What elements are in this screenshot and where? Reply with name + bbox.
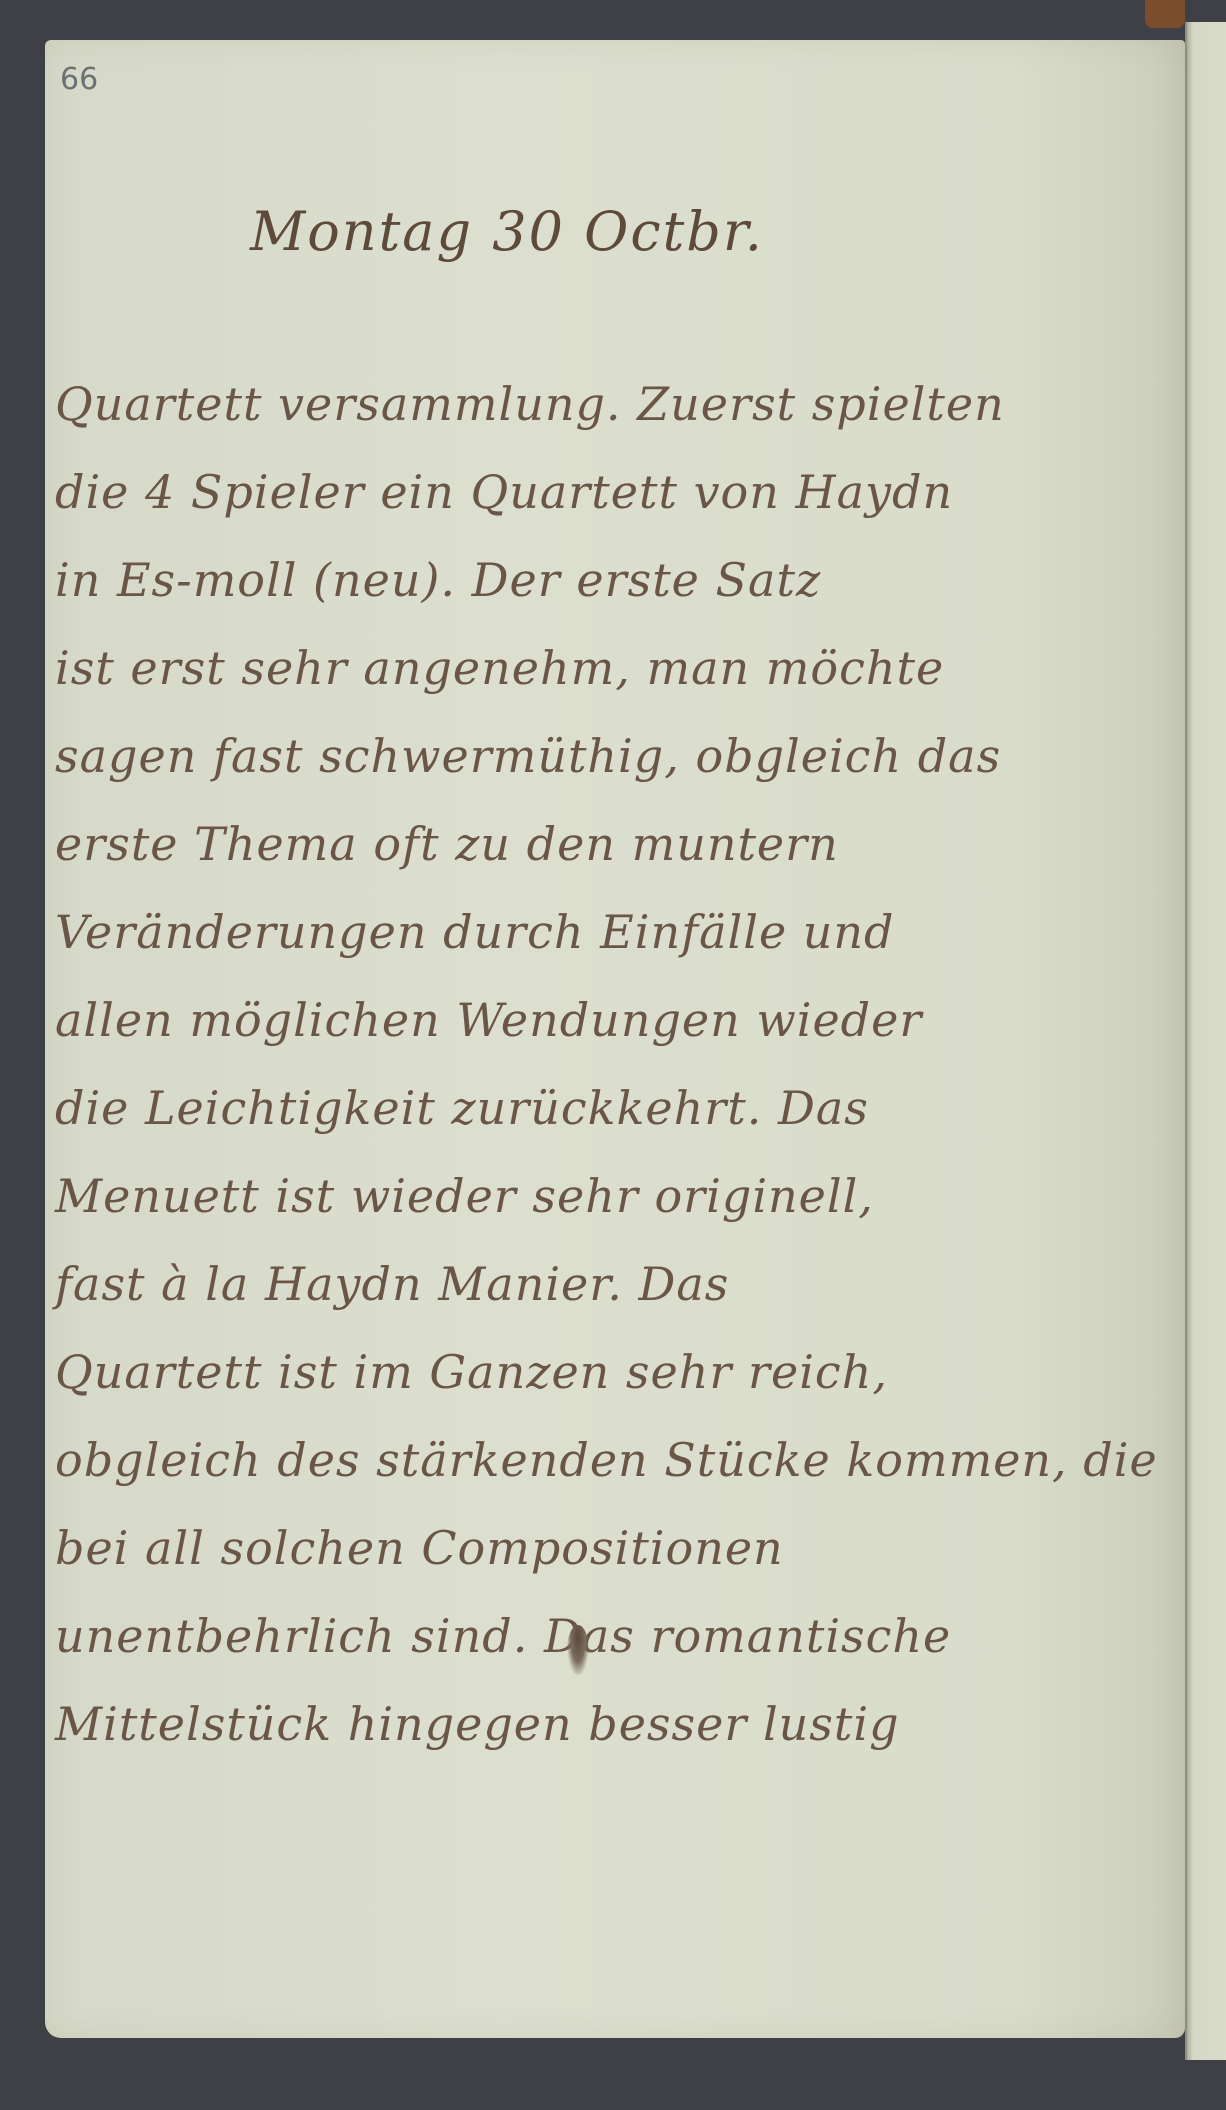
text-line: fast à la Haydn Manier. Das (55, 1240, 1055, 1328)
text-line: Menuett ist wieder sehr originell, (55, 1152, 1055, 1240)
text-line: allen möglichen Wendungen wieder (55, 976, 1055, 1064)
text-line: sagen fast schwermüthig, obgleich das (55, 712, 1055, 800)
text-line: Veränderungen durch Einfälle und (55, 888, 1055, 976)
text-line: die Leichtigkeit zurückkehrt. Das (55, 1064, 1055, 1152)
text-line: die 4 Spieler ein Quartett von Haydn (55, 448, 1055, 536)
text-line: bei all solchen Compositionen (55, 1504, 1055, 1592)
ink-blot (567, 1625, 589, 1675)
text-line: Quartett ist im Ganzen sehr reich, (55, 1328, 1055, 1416)
folio-number: 66 (60, 62, 98, 97)
text-line: Quartett versammlung. Zuerst spielten (55, 360, 1055, 448)
manuscript-text: Quartett versammlung. Zuerst spielten di… (55, 360, 1055, 1768)
text-line: unentbehrlich sind. Das romantische (55, 1592, 1055, 1680)
entry-date-heading: Montag 30 Octbr. (250, 200, 764, 263)
text-line: ist erst sehr angenehm, man möchte (55, 624, 1055, 712)
text-line: obgleich des stärkenden Stücke kommen, d… (55, 1416, 1055, 1504)
binding-tab (1145, 0, 1185, 28)
facing-page-edge (1185, 22, 1226, 2060)
text-line: erste Thema oft zu den muntern (55, 800, 1055, 888)
text-line: Mittelstück hingegen besser lustig (55, 1680, 1055, 1768)
text-line: in Es-moll (neu). Der erste Satz (55, 536, 1055, 624)
